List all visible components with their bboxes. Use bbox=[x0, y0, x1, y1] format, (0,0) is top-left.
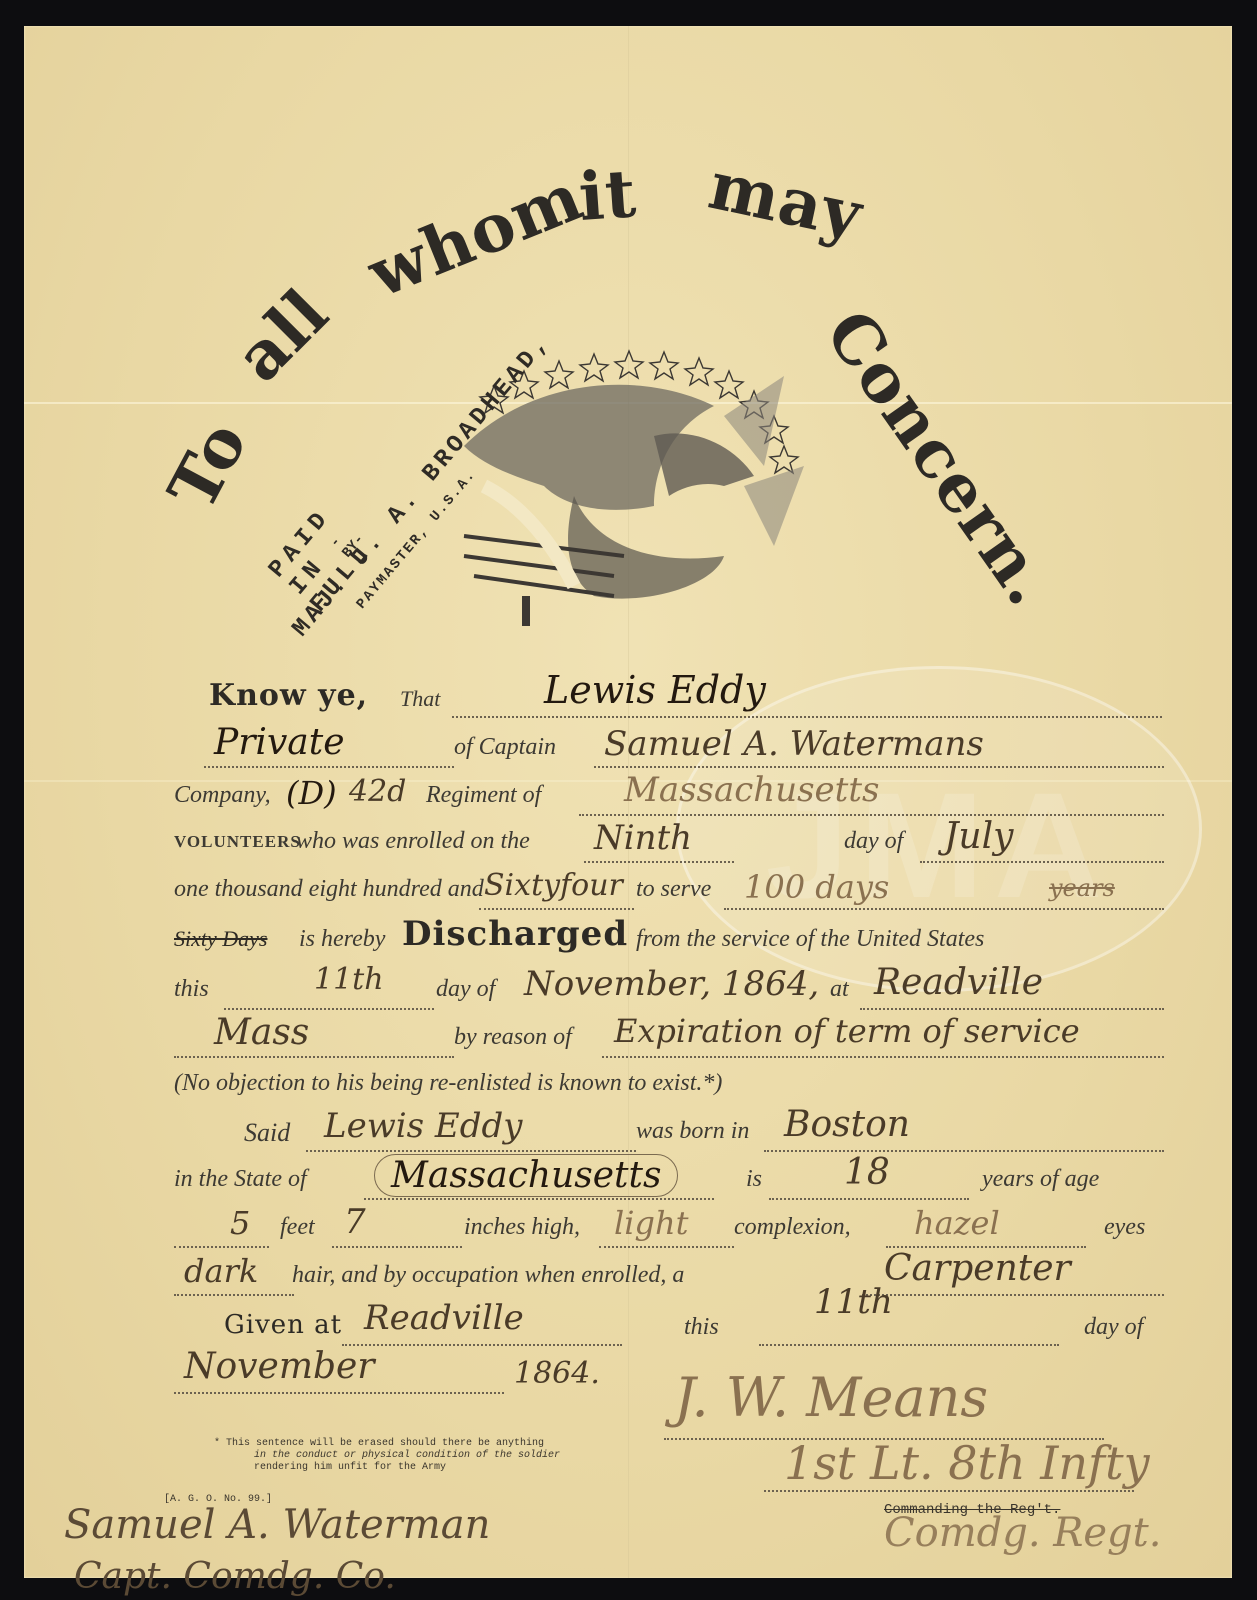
given-day-of-label: day of bbox=[1084, 1314, 1143, 1341]
struck-line-text: Sixty Days bbox=[174, 926, 267, 952]
hair-occupation-label: hair, and by occupation when enrolled, a bbox=[292, 1262, 684, 1289]
rank-field: Private bbox=[214, 722, 345, 763]
at-label: at bbox=[830, 976, 849, 1003]
title-word: it bbox=[576, 154, 639, 236]
given-this-label: this bbox=[684, 1314, 719, 1341]
from-service-label: from the service of the United States bbox=[636, 926, 984, 953]
said-name-field: Lewis Eddy bbox=[324, 1106, 523, 1146]
discharge-day-of-label: day of bbox=[436, 976, 495, 1003]
discharge-date-field: November, 1864, bbox=[524, 964, 819, 1004]
hair-field: dark bbox=[184, 1252, 258, 1290]
given-month-field: November bbox=[184, 1346, 375, 1387]
enroll-day-field: Ninth bbox=[594, 818, 692, 858]
eyes-field: hazel bbox=[914, 1204, 1000, 1242]
said-label: Said bbox=[244, 1118, 290, 1148]
by-reason-label: by reason of bbox=[454, 1024, 572, 1051]
footnote-line: * This sentence will be erased should th… bbox=[214, 1438, 560, 1450]
objection-note: (No objection to his being re-enlisted i… bbox=[174, 1070, 722, 1097]
inches-label: inches high, bbox=[464, 1214, 580, 1241]
reason-field: Expiration of term of service bbox=[614, 1012, 1080, 1050]
given-place-field: Readville bbox=[364, 1298, 524, 1338]
inches-field: 7 bbox=[344, 1202, 366, 1242]
footnote: * This sentence will be erased should th… bbox=[214, 1438, 560, 1474]
complexion-field: light bbox=[614, 1204, 688, 1242]
commander-extra-signature: Comdg. Regt. bbox=[884, 1510, 1161, 1556]
title-word: Concern. bbox=[810, 296, 1069, 620]
to-serve-label: to serve bbox=[636, 876, 711, 903]
enroll-year-field: Sixtyfour bbox=[484, 868, 623, 903]
eagle-vignette-icon bbox=[424, 316, 824, 636]
title-word: may bbox=[703, 146, 870, 254]
born-in-label: was born in bbox=[636, 1118, 749, 1145]
regiment-state-field: Massachusetts bbox=[624, 770, 879, 810]
captain-name-field: Samuel A. Watermans bbox=[604, 724, 984, 764]
company-label: Company, bbox=[174, 782, 271, 809]
day-of-label: day of bbox=[844, 828, 903, 855]
in-state-label: in the State of bbox=[174, 1166, 307, 1193]
volunteers-label: VOLUNTEERS bbox=[174, 832, 301, 852]
feet-label: feet bbox=[280, 1214, 315, 1241]
captain-signature: Samuel A. Waterman bbox=[64, 1502, 490, 1548]
enroll-month-field: July bbox=[944, 816, 1013, 857]
title-word: all bbox=[220, 274, 343, 397]
discharge-day-field: 11th bbox=[314, 962, 384, 997]
discharge-document: JMA To all whom it may Concern. bbox=[24, 26, 1232, 1578]
given-at-label: Given at bbox=[224, 1310, 342, 1340]
that-label: That bbox=[400, 686, 440, 712]
place-state-field: Mass bbox=[214, 1012, 309, 1053]
years-of-age-label: years of age bbox=[982, 1166, 1099, 1193]
discharged-heading: Discharged bbox=[402, 914, 628, 954]
commander-signature: J. W. Means bbox=[674, 1366, 988, 1429]
captain-title-signature: Capt. Comdg. Co. bbox=[74, 1556, 396, 1597]
of-captain-label: of Captain bbox=[454, 734, 556, 761]
given-day-field: 11th bbox=[814, 1282, 893, 1322]
regiment-of-label: Regiment of bbox=[426, 782, 541, 809]
occupation-field: Carpenter bbox=[884, 1248, 1071, 1289]
eyes-label: eyes bbox=[1104, 1214, 1145, 1241]
is-hereby-label: is hereby bbox=[299, 926, 385, 953]
age-field: 18 bbox=[844, 1152, 890, 1193]
struck-years-text: years bbox=[1049, 874, 1115, 902]
know-ye-label: Know ye, bbox=[209, 678, 368, 713]
this-label: this bbox=[174, 976, 209, 1003]
title-word: To bbox=[153, 408, 263, 522]
complexion-label: complexion, bbox=[734, 1214, 851, 1241]
birthplace-field: Boston bbox=[784, 1104, 910, 1145]
discharge-place-field: Readville bbox=[874, 962, 1043, 1003]
commander-title-signature: 1st Lt. 8th Infty bbox=[784, 1436, 1150, 1490]
regiment-number-field: 42d bbox=[349, 774, 406, 809]
feet-field: 5 bbox=[230, 1204, 250, 1242]
is-label: is bbox=[746, 1166, 762, 1193]
term-field: 100 days bbox=[744, 868, 889, 906]
year-prefix-label: one thousand eight hundred and bbox=[174, 876, 484, 903]
soldier-name-field: Lewis Eddy bbox=[544, 668, 766, 712]
company-field: (D) bbox=[286, 774, 337, 812]
footnote-line: in the conduct or physical condition of … bbox=[214, 1450, 560, 1462]
footnote-line: rendering him unfit for the Army bbox=[214, 1462, 560, 1474]
birth-state-field: Massachusetts bbox=[374, 1154, 678, 1197]
given-year-field: 1864. bbox=[514, 1356, 600, 1391]
title-word: whom bbox=[357, 157, 593, 313]
enrolled-label: who was enrolled on the bbox=[296, 828, 530, 855]
